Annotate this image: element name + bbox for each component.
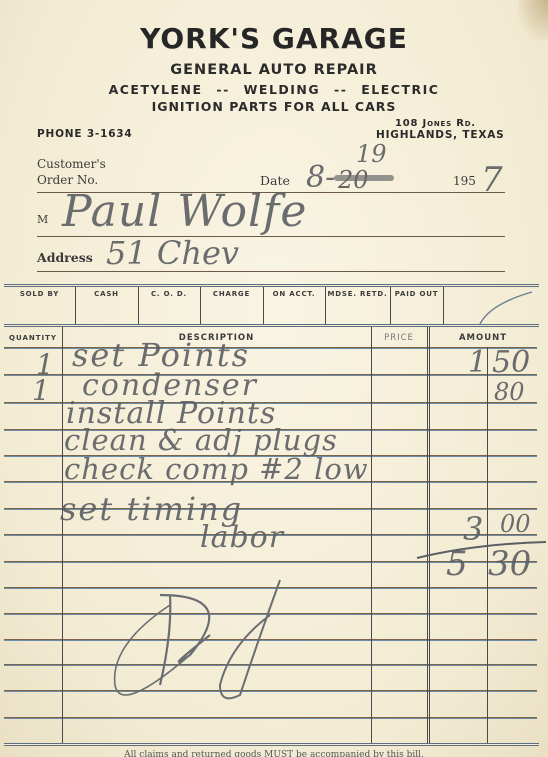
sale-type-bottom-border (4, 324, 539, 327)
date-year-digit: 7 (481, 160, 503, 200)
mr-label: M (37, 213, 48, 226)
date-month: 8- (306, 160, 335, 195)
row-1-amount-dollars: 1 (468, 345, 487, 380)
business-specialty: IGNITION PARTS FOR ALL CARS (0, 99, 548, 114)
customer-address: 51 Chev (106, 234, 239, 272)
col-header-price: PRICE (371, 333, 427, 343)
col-divider-quantity (62, 327, 63, 743)
sale-type-sold-by: SOLD BY (4, 290, 75, 298)
sale-type-on-acct: ON ACCT. (263, 290, 325, 298)
row-2-quantity: 1 (32, 374, 50, 407)
col-divider-price-1 (427, 327, 428, 743)
row-1-amount-cents: 50 (492, 345, 530, 380)
sale-type-cod: C. O. D. (138, 290, 200, 298)
sale-type-mdse-retd: MDSE. RETD. (325, 290, 390, 298)
rule-line (4, 717, 537, 719)
pencil-check-mark (470, 290, 540, 326)
business-name: YORK'S GARAGE (0, 22, 548, 55)
sale-type-top-border (4, 284, 539, 287)
col-divider-price-2 (429, 327, 430, 743)
col-divider-description (371, 327, 372, 743)
sale-type-cash: CASH (75, 290, 138, 298)
sale-divider (443, 287, 444, 324)
business-phone: PHONE 3-1634 (37, 128, 133, 140)
order-no-label: Order No. (37, 173, 98, 187)
business-street: 108 Jones Rd. (395, 118, 476, 129)
business-city: HIGHLANDS, TEXAS (376, 129, 505, 141)
sale-type-paid-out: PAID OUT (390, 290, 443, 298)
year-prefix: 195 (453, 174, 476, 188)
signature (100, 575, 300, 715)
customer-name: Paul Wolfe (62, 186, 307, 237)
total-dollars: 5 (446, 544, 468, 584)
customer-label: Customer's (37, 157, 106, 171)
row-7-amount-cents: 00 (500, 510, 531, 538)
address-label: Address (37, 250, 93, 265)
total-cents: 30 (488, 544, 531, 584)
date-day: 19 (356, 140, 387, 168)
row-5-description: check comp #2 low (64, 452, 369, 486)
business-services: ACETYLENE -- WELDING -- ELECTRIC (0, 82, 548, 97)
col-header-amount: AMOUNT (429, 333, 537, 343)
sale-type-charge: CHARGE (200, 290, 263, 298)
business-tagline: GENERAL AUTO REPAIR (0, 62, 548, 78)
row-7-description: labor (200, 520, 284, 555)
row-2-amount-cents: 80 (494, 378, 525, 406)
col-header-quantity: QUANTITY (4, 334, 62, 342)
date-strikeout (334, 175, 394, 181)
footer-notice: All claims and returned goods MUST be ac… (0, 750, 548, 757)
table-bottom-border (4, 743, 539, 746)
